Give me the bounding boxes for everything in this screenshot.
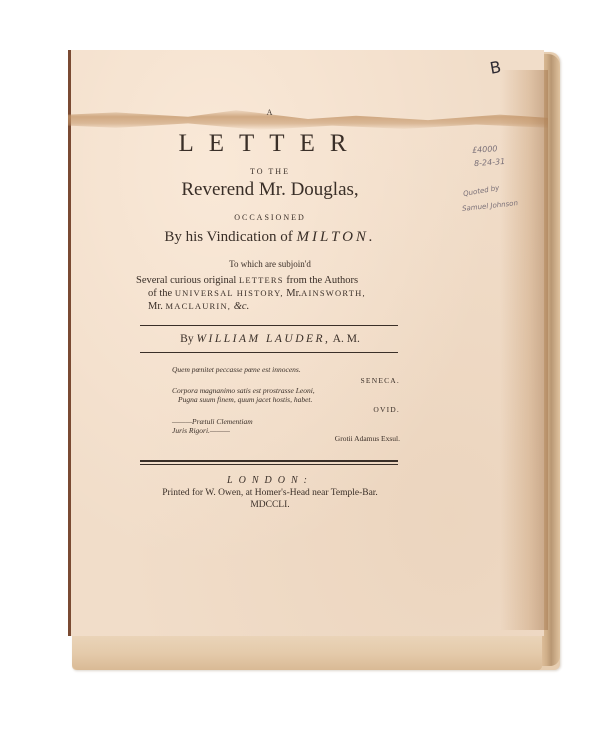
epigraph-ovid-line2: Pugna suum finem, quum jacet hostis, hab… [178,395,312,404]
to-the: TO THE [130,167,410,176]
article-a: A [130,108,410,117]
imprint-printer: Printed for W. Owen, at Homer's-Head nea… [120,488,420,498]
epigraph-grotius-line2: Juris Rigori.——— [172,426,230,435]
handwritten-price: £4000 [472,144,498,155]
double-rule [140,460,398,462]
edge-stain [500,70,548,630]
page-bottom-edge [72,630,542,670]
imprint-year: MDCCLI. [130,500,410,510]
author-name: WILLIAM LAUDER, [196,333,330,345]
epigraph-seneca-attribution: Seneca. [360,376,400,385]
double-rule-thin [140,464,398,465]
epigraph-ovid-attribution: Ovid. [360,405,400,414]
subjoined: To which are subjoin'd [130,259,410,269]
recipient: Reverend Mr. Douglas, [130,179,410,201]
occasioned: OCCASIONED [130,213,410,222]
vindication-subject: MILTON. [296,229,375,245]
epigraph-grotius-attribution: Grotii Adamus Exsul. [290,434,400,443]
author-line: By WILLIAM LAUDER, A. M. [130,333,410,345]
epigraph-grotius-line1: ———Prætuli Clementiam [172,417,253,426]
main-title: LETTER [130,130,410,158]
divider-rule [140,352,398,353]
vindication-line: By his Vindication of MILTON. [130,229,410,246]
divider-rule [140,325,398,326]
epigraph-ovid-line1: Corpora magnanimo satis est prostrasse L… [172,386,315,395]
contents-description: Several curious original Letters from th… [136,274,406,313]
vindication-prefix: By his Vindication of [164,229,292,245]
epigraph-seneca: Quem pœnitet peccasse pœne est innocens. [172,365,301,374]
imprint-city: LONDON: [130,475,410,486]
